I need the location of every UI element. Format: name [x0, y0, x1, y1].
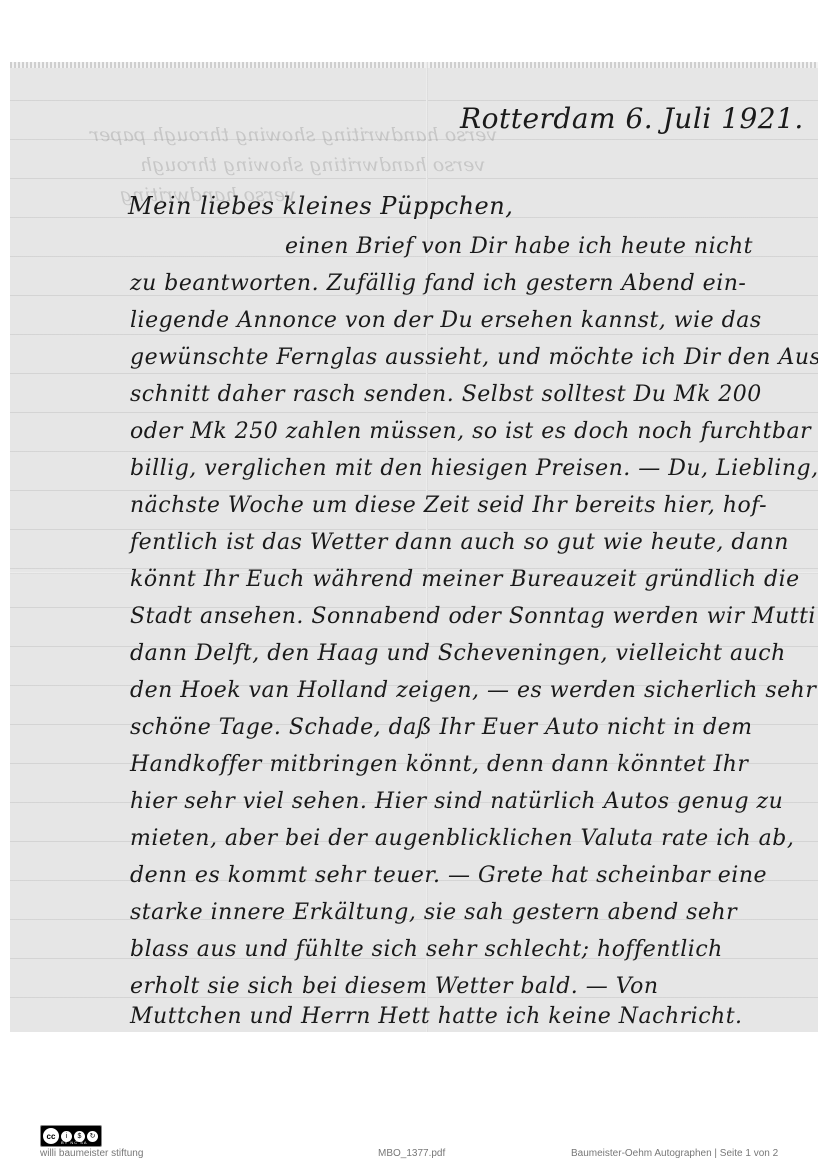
footer-collection-page: Baumeister-Oehm Autographen | Seite 1 vo… — [571, 1148, 778, 1159]
letter-line: billig, verglichen mit den hiesigen Prei… — [130, 456, 818, 481]
letter-line: einen Brief von Dir habe ich heute nicht — [285, 234, 753, 259]
cc-icon: cc — [43, 1128, 59, 1144]
letter-dateline: Rotterdam 6. Juli 1921. — [460, 102, 804, 135]
bleed-through-text: verso handwriting showing through paper — [90, 124, 497, 146]
sharealike-icon: ↻ — [87, 1131, 98, 1142]
letter-line: oder Mk 250 zahlen müssen, so ist es doc… — [130, 419, 811, 444]
letter-line: mieten, aber bei der augenblicklichen Va… — [130, 826, 794, 851]
paper-perforated-edge — [10, 62, 818, 68]
letter-line: zu beantworten. Zufällig fand ich gester… — [130, 271, 746, 296]
letter-line: fentlich ist das Wetter dann auch so gut… — [130, 530, 789, 555]
letter-line: könnt Ihr Euch während meiner Bureauzeit… — [130, 567, 800, 592]
letter-line: nächste Woche um diese Zeit seid Ihr ber… — [130, 493, 767, 518]
footer-filename: MBO_1377.pdf — [378, 1148, 445, 1159]
letter-line: gewünschte Fernglas aussieht, und möchte… — [130, 345, 818, 370]
letter-line: blass aus und fühlte sich sehr schlecht;… — [130, 937, 723, 962]
license-labels: BY NC SA — [61, 1140, 88, 1145]
letter-scan: verso handwriting showing through paper … — [10, 62, 818, 1032]
letter-line: denn es kommt sehr teuer. — Grete hat sc… — [130, 863, 767, 888]
letter-line: erholt sie sich bei diesem Wetter bald. … — [130, 974, 659, 999]
letter-line: liegende Annonce von der Du ersehen kann… — [130, 308, 762, 333]
letter-line: schöne Tage. Schade, daß Ihr Euer Auto n… — [130, 715, 753, 740]
letter-line: hier sehr viel sehen. Hier sind natürlic… — [130, 789, 783, 814]
letter-line: Handkoffer mitbringen könnt, denn dann k… — [130, 752, 748, 777]
bleed-through-text: verso handwriting showing through — [140, 154, 485, 176]
letter-salutation: Mein liebes kleines Püppchen, — [128, 192, 513, 220]
letter-line: starke innere Erkältung, sie sah gestern… — [130, 900, 737, 925]
letter-line: Stadt ansehen. Sonnabend oder Sonntag we… — [130, 604, 816, 629]
creative-commons-license-badge: cc i $ ↻ BY NC SA — [40, 1125, 102, 1147]
footer-organization: willi baumeister stiftung — [40, 1148, 143, 1159]
letter-line: Muttchen und Herrn Hett hatte ich keine … — [130, 1004, 743, 1029]
letter-line: dann Delft, den Haag und Scheveningen, v… — [130, 641, 786, 666]
letter-line: schnitt daher rasch senden. Selbst sollt… — [130, 382, 762, 407]
letter-line: den Hoek van Holland zeigen, — es werden… — [130, 678, 816, 703]
